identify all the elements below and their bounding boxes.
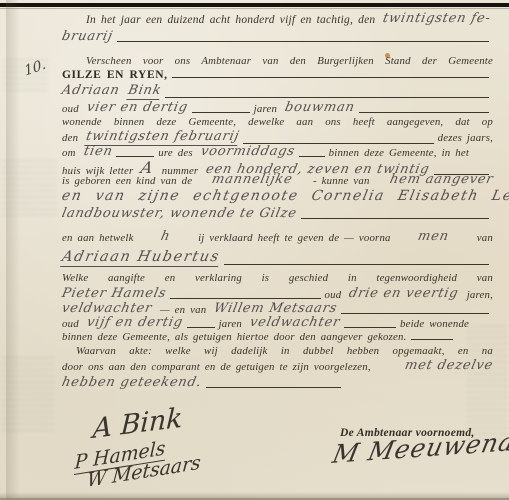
printed-text: den <box>62 132 78 144</box>
page-top-rule-shadow <box>0 8 509 9</box>
handwritten-date-part2: bruarij <box>60 29 114 44</box>
printed-text: van <box>477 232 493 244</box>
blank-rule <box>165 97 489 98</box>
printed-text: - kunne van <box>313 175 370 187</box>
printed-text: oud <box>62 318 79 330</box>
blank-rule <box>116 156 154 157</box>
blank-rule <box>411 339 453 340</box>
form-line-4: GILZE EN RYEN, <box>62 69 493 81</box>
handwritten-word: men <box>417 229 451 244</box>
form-line-16: Welke aangifte en verklaring is geschied… <box>62 272 493 284</box>
form-line-13: landbouwster, wonende te Gilze <box>62 207 493 222</box>
printed-text: In het jaar een duizend acht honderd vij… <box>86 14 375 26</box>
form-line-20: binnen deze Gemeente, als getuigen hiert… <box>62 331 493 343</box>
form-line-21: Waarvan akte: welke wij dadelijk in dubb… <box>62 345 493 357</box>
ink-bleed-through <box>2 160 57 220</box>
blank-rule <box>206 387 341 388</box>
blank-rule <box>170 298 320 299</box>
parent-reference: hem aangever <box>388 172 494 187</box>
declarant-age: vier en dertig <box>85 100 189 115</box>
form-line-19: oud vijf en dertig jaren veldwachter bei… <box>62 316 493 331</box>
ink-bleed-through <box>2 355 54 435</box>
printed-text: ij verklaard heeft te geven de — voorna <box>198 232 391 244</box>
form-line-6: oud vier en dertig jaren bouwman <box>62 101 493 116</box>
printed-text: beide wonende <box>400 318 469 330</box>
declarant-occupation: bouwman <box>283 100 356 115</box>
form-line-15: Adriaan Hubertus <box>62 250 493 268</box>
form-line-1: In het jaar een duizend acht honderd vij… <box>62 12 493 27</box>
birth-hour: tien <box>82 144 114 159</box>
witness2-age: vijf en dertig <box>85 315 184 330</box>
printed-text: wonende binnen deze Gemeente, dewelke aa… <box>62 116 493 128</box>
blank-rule <box>117 41 489 42</box>
form-line-17: Pieter Hamels oud drie en veertig jaren, <box>62 287 493 302</box>
declarant-surname: Bink <box>126 83 163 100</box>
blank-rule <box>341 313 489 314</box>
handwritten-letter: h <box>160 229 172 244</box>
form-line-3: Verscheen voor ons Ambtenaar van den Bur… <box>62 55 493 67</box>
form-line-5: Adriaan Bink <box>62 84 493 101</box>
child-gender: mannelijke <box>211 172 295 187</box>
form-line-14: en aan hetwelk h ij verklaard heeft te g… <box>62 230 493 245</box>
witness1-occupation: veldwachter <box>60 301 153 316</box>
blank-rule <box>187 327 215 328</box>
mother-name: en van zijne echtgenoote Cornelia Elisab… <box>60 188 509 204</box>
form-line-2: bruarij <box>62 30 493 45</box>
printed-text: om <box>62 147 76 159</box>
signature-declarant: A Bink <box>92 403 183 445</box>
witness2-name: Willem Metsaars <box>213 301 339 316</box>
declarant-first-name: Adriaan <box>60 83 121 98</box>
printed-text: binnen deze Gemeente, in het <box>329 147 469 159</box>
blank-rule <box>172 77 489 78</box>
form-line-23: hebben geteekend. <box>62 376 493 391</box>
child-given-names: Adriaan Hubertus <box>60 249 221 267</box>
mother-occupation-residence: landbouwster, wonende te Gilze <box>60 206 298 221</box>
handwritten-closing-part1: met dezelve <box>403 358 494 373</box>
printed-text: jaren, <box>467 289 493 301</box>
printed-text: oud <box>62 103 79 115</box>
form-line-12: en van zijne echtgenoote Cornelia Elisab… <box>62 189 493 205</box>
printed-text: dezes jaars, <box>438 132 493 144</box>
form-line-7: wonende binnen deze Gemeente, dewelke aa… <box>62 116 493 128</box>
birth-certificate-page: 10. In het jaar een duizend acht honderd… <box>0 0 509 500</box>
blank-rule <box>301 218 489 219</box>
printed-text: Waarvan akte: welke wij dadelijk in dubb… <box>76 345 493 357</box>
form-line-9: om tien ure des voormiddags binnen deze … <box>62 145 493 160</box>
blank-rule <box>359 112 489 113</box>
printed-text: jaren <box>254 103 277 115</box>
witness1-age: drie en veertig <box>348 286 461 301</box>
page-top-rule <box>0 3 509 7</box>
blank-rule <box>192 112 250 113</box>
printed-text: ure des <box>158 147 192 159</box>
witness2-occupation: veldwachter <box>248 315 341 330</box>
printed-text: en aan hetwelk <box>62 232 134 244</box>
municipality-name: GILZE EN RYEN, <box>62 69 168 81</box>
handwritten-date-part1: twintigsten fe- <box>382 11 493 26</box>
witness1-name: Pieter Hamels <box>60 286 167 301</box>
printed-text: oud <box>325 289 342 301</box>
blank-rule <box>299 156 325 157</box>
form-line-11: is geboren een kind van de mannelijke - … <box>62 173 493 188</box>
printed-text: Welke aangifte en verklaring is geschied… <box>62 272 493 284</box>
handwritten-closing-part2: hebben geteekend. <box>60 375 203 390</box>
printed-text: Verscheen voor ons Ambtenaar van den Bur… <box>86 55 493 67</box>
printed-text: is geboren een kind van de <box>62 175 192 187</box>
blank-rule <box>344 327 396 328</box>
printed-text: binnen deze Gemeente, als getuigen hiert… <box>62 331 407 343</box>
birth-daypart: voormiddags <box>199 144 296 159</box>
printed-text: door ons aan den comparant en de getuige… <box>62 361 371 373</box>
printed-text: jaren <box>219 318 242 330</box>
blank-rule <box>224 264 489 265</box>
form-line-22: door ons aan den comparant en de getuige… <box>62 359 493 374</box>
